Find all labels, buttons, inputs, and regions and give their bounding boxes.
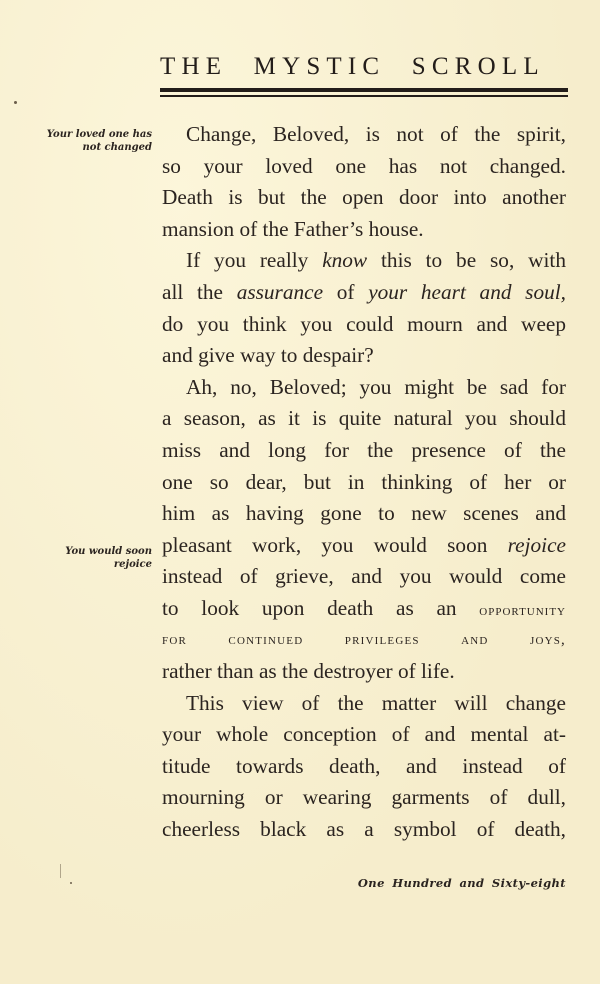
text-line-small-caps: for continued privileges and joys,	[162, 625, 566, 657]
text-line: This view of the matter will change	[162, 688, 566, 720]
emphasis: know	[322, 248, 367, 272]
text-line: your whole conception of and mental at-	[162, 719, 566, 751]
running-head: THE MYSTIC SCROLL	[160, 52, 568, 97]
sidenote-rejoice: You would soon rejoice	[22, 545, 152, 571]
text-line: and give way to despair?	[162, 340, 566, 372]
text-line: do you think you could mourn and weep	[162, 309, 566, 341]
paper-speck	[14, 101, 17, 104]
text-line: miss and long for the presence of the	[162, 435, 566, 467]
header-rule-thick	[160, 88, 568, 92]
text-line: mourning or wearing garments of dull,	[162, 782, 566, 814]
text-line: all the assurance of your heart and soul…	[162, 277, 566, 309]
text-line: titude towards death, and instead of	[162, 751, 566, 783]
paper-mark	[60, 864, 61, 878]
text-line: If you really know this to be so, with	[162, 245, 566, 277]
text-line: cheerless black as a symbol of death,	[162, 814, 566, 846]
text-line: mansion of the Father’s house.	[162, 214, 566, 246]
text-line: one so dear, but in thinking of her or	[162, 467, 566, 499]
header-rule-thin	[160, 95, 568, 97]
text-line: instead of grieve, and you would come	[162, 561, 566, 593]
text-run: this to be so, with	[367, 248, 566, 272]
text-line: Death is but the open door into another	[162, 182, 566, 214]
sidenote-line: not changed	[22, 141, 152, 154]
book-title: THE MYSTIC SCROLL	[160, 52, 568, 82]
text-line: a season, as it is quite natural you sho…	[162, 403, 566, 435]
text-line: to look upon death as an opportunity	[162, 593, 566, 625]
page-number: One Hundred and Sixty-eight	[344, 876, 566, 890]
text-run: all the	[162, 280, 237, 304]
emphasis: assurance	[237, 280, 323, 304]
text-line: him as having gone to new scenes and	[162, 498, 566, 530]
sidenote-line: rejoice	[22, 558, 152, 571]
text-run: If you really	[186, 248, 322, 272]
body-text: Change, Beloved, is not of the spirit, s…	[162, 119, 566, 846]
text-run: of	[323, 280, 368, 304]
text-run: pleasant work, you would soon	[162, 533, 508, 557]
text-run: to look upon death as an	[162, 596, 479, 620]
small-caps-run: opportunity	[479, 603, 566, 619]
paper-speck	[70, 882, 72, 884]
sidenote-line: You would soon	[22, 545, 152, 558]
sidenote-loved-one: Your loved one has not changed	[22, 128, 152, 154]
text-line: pleasant work, you would soon rejoice	[162, 530, 566, 562]
text-line: Ah, no, Beloved; you might be sad for	[162, 372, 566, 404]
text-line: Change, Beloved, is not of the spirit,	[162, 119, 566, 151]
text-line: rather than as the destroyer of life.	[162, 656, 566, 688]
text-line: so your loved one has not changed.	[162, 151, 566, 183]
emphasis: your heart and soul,	[368, 280, 566, 304]
emphasis: rejoice	[508, 533, 566, 557]
sidenote-line: Your loved one has	[22, 128, 152, 141]
